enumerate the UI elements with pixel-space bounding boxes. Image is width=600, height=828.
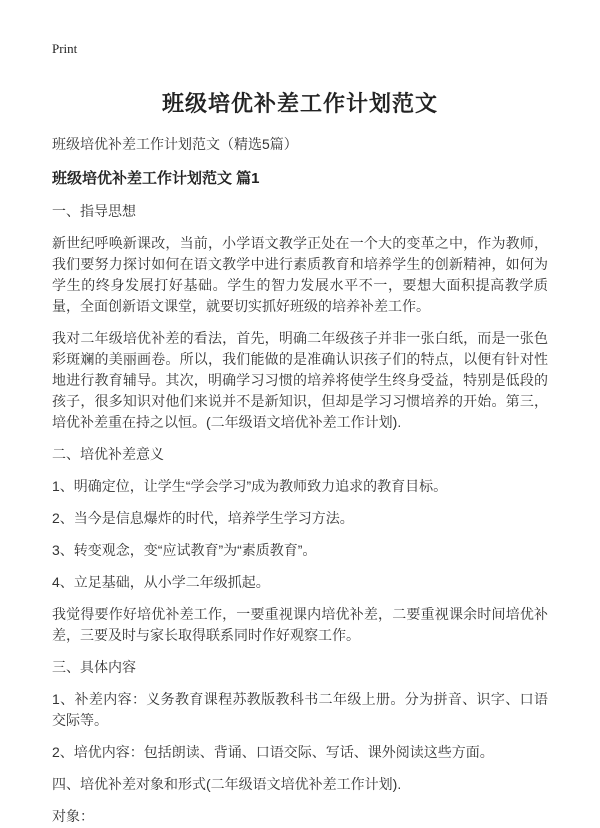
section-2-heading: 二、培优补差意义 [52, 444, 548, 465]
list-item-4: 4、立足基础，从小学二年级抓起。 [52, 572, 548, 593]
section-1-heading: 一、指导思想 [52, 201, 548, 222]
article-heading: 班级培优补差工作计划范文 篇1 [52, 167, 548, 188]
paragraph-grade2-view: 我对二年级培优补差的看法，首先，明确二年级孩子并非一张白纸，而是一张色彩斑斓的美… [52, 328, 548, 433]
list-item-3: 3、转变观念，变“应试教育”为“素质教育”。 [52, 540, 548, 561]
section-3-heading: 三、具体内容 [52, 657, 548, 678]
document-page: Print 班级培优补差工作计划范文 班级培优补差工作计划范文（精选5篇） 班级… [0, 0, 600, 828]
document-subtitle: 班级培优补差工作计划范文（精选5篇） [52, 134, 548, 154]
content-item-1: 1、补差内容：义务教育课程苏教版教科书二年级上册。分为拼音、识字、口语交际等。 [52, 689, 548, 731]
page-title: 班级培优补差工作计划范文 [52, 87, 548, 118]
print-button[interactable]: Print [52, 41, 77, 57]
paragraph-guiding-ideology: 新世纪呼唤新课改，当前，小学语文教学正处在一个大的变革之中，作为教师，我们要努力… [52, 233, 548, 317]
paragraph-summary: 我觉得要作好培优补差工作，一要重视课内培优补差，二要重视课余时间培优补差，三要及… [52, 604, 548, 646]
target-label: 对象： [52, 806, 548, 827]
list-item-2: 2、当今是信息爆炸的时代，培养学生学习方法。 [52, 508, 548, 529]
section-4-heading: 四、培优补差对象和形式(二年级语文培优补差工作计划). [52, 774, 548, 795]
content-item-2: 2、培优内容：包括朗读、背诵、口语交际、写话、课外阅读这些方面。 [52, 742, 548, 763]
list-item-1: 1、明确定位，让学生“学会学习”成为教师致力追求的教育目标。 [52, 476, 548, 497]
